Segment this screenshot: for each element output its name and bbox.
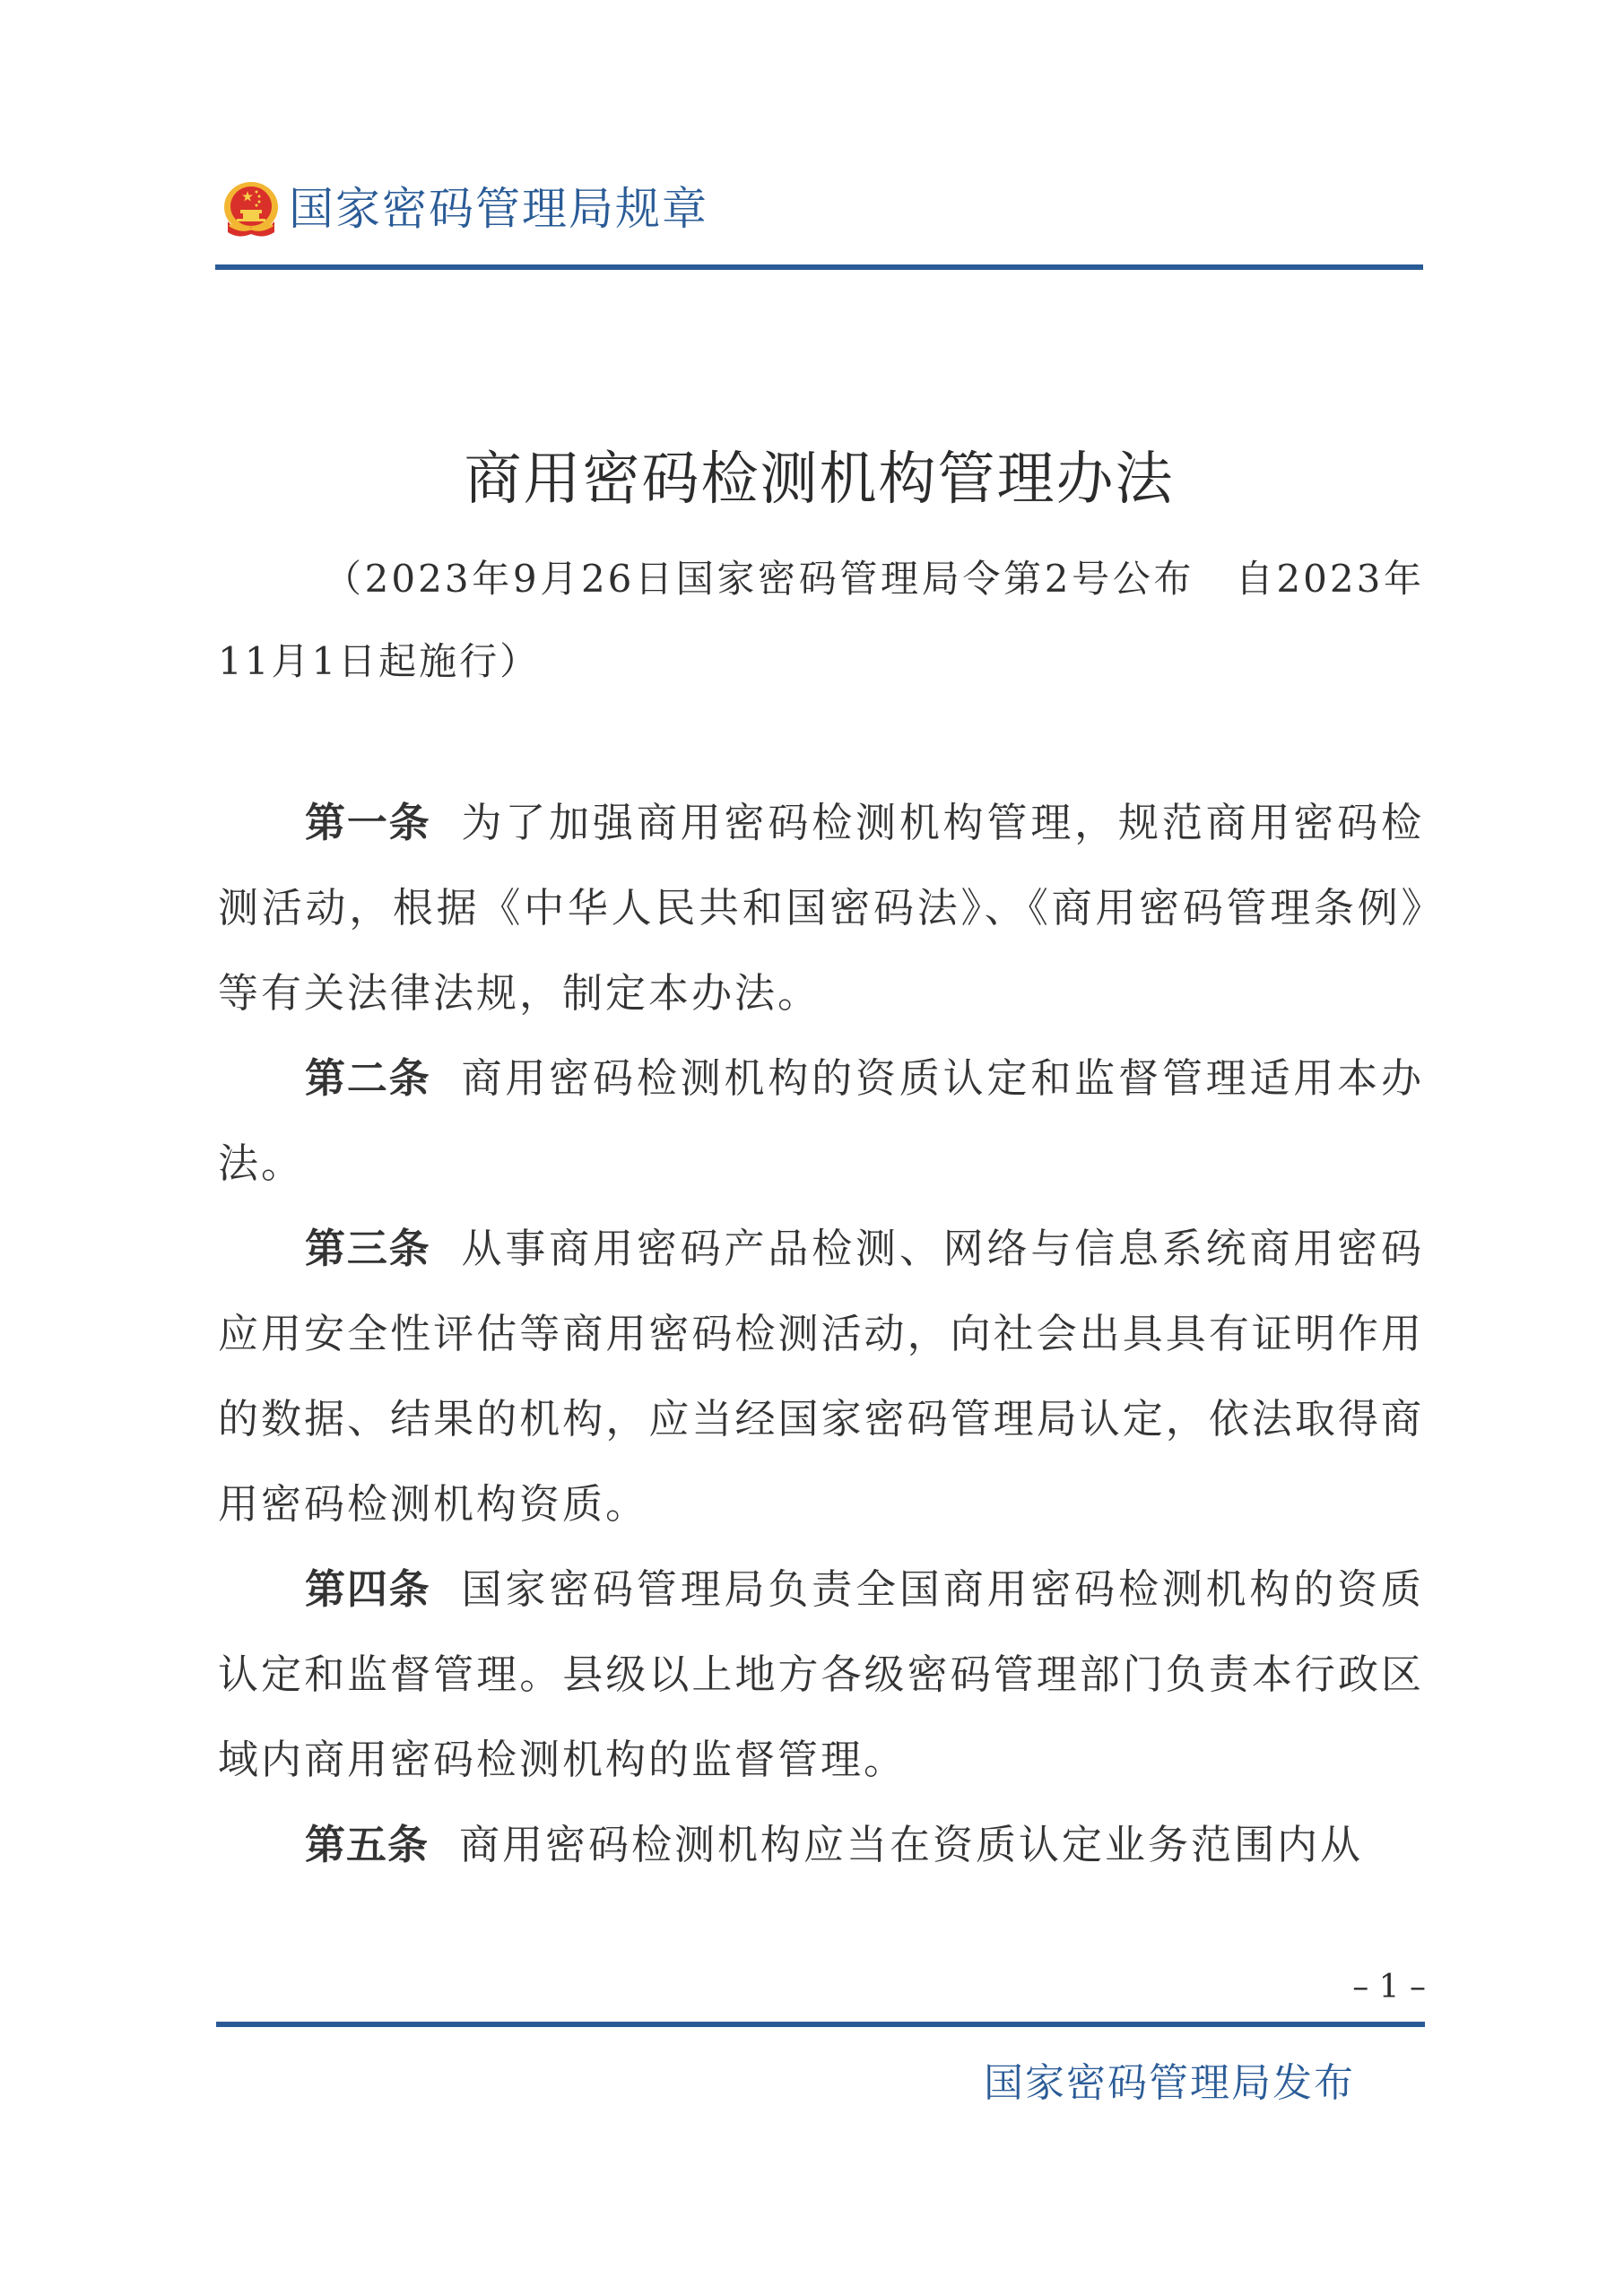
article-heading: 第二条 bbox=[305, 1054, 431, 1102]
article-heading: 第四条 bbox=[305, 1565, 431, 1613]
document-page: 国家密码管理局规章 商用密码检测机构管理办法 （2023年9月26日国家密码管理… bbox=[0, 0, 1624, 2296]
article-heading: 第一条 bbox=[305, 799, 431, 846]
article-heading: 第五条 bbox=[305, 1821, 429, 1868]
footer-divider bbox=[216, 2022, 1425, 2027]
article-1: 第一条为了加强商用密码检测机构管理，规范商用密码检测活动，根据《中华人民共和国密… bbox=[218, 780, 1424, 1035]
header-title: 国家密码管理局规章 bbox=[289, 178, 708, 240]
footer-publisher: 国家密码管理局发布 bbox=[984, 2055, 1355, 2112]
national-emblem-icon bbox=[221, 180, 282, 239]
article-4: 第四条国家密码管理局负责全国商用密码检测机构的资质认定和监督管理。县级以上地方各… bbox=[218, 1547, 1424, 1802]
document-body: 第一条为了加强商用密码检测机构管理，规范商用密码检测活动，根据《中华人民共和国密… bbox=[218, 780, 1424, 1887]
document-title: 商用密码检测机构管理办法 bbox=[215, 439, 1423, 520]
article-2: 第二条商用密码检测机构的资质认定和监督管理适用本办法。 bbox=[218, 1035, 1424, 1206]
header-divider bbox=[215, 264, 1423, 270]
document-subtitle: （2023年9月26日国家密码管理局令第2号公布 自2023年11月1日起施行） bbox=[218, 538, 1424, 703]
page-number: – 1 – bbox=[1318, 1968, 1426, 2007]
article-text: 商用密码检测机构应当在资质认定业务范围内从 bbox=[459, 1821, 1363, 1868]
article-5: 第五条商用密码检测机构应当在资质认定业务范围内从 bbox=[218, 1802, 1424, 1887]
article-3: 第三条从事商用密码产品检测、网络与信息系统商用密码应用安全性评估等商用密码检测活… bbox=[218, 1206, 1424, 1547]
article-heading: 第三条 bbox=[305, 1225, 431, 1272]
